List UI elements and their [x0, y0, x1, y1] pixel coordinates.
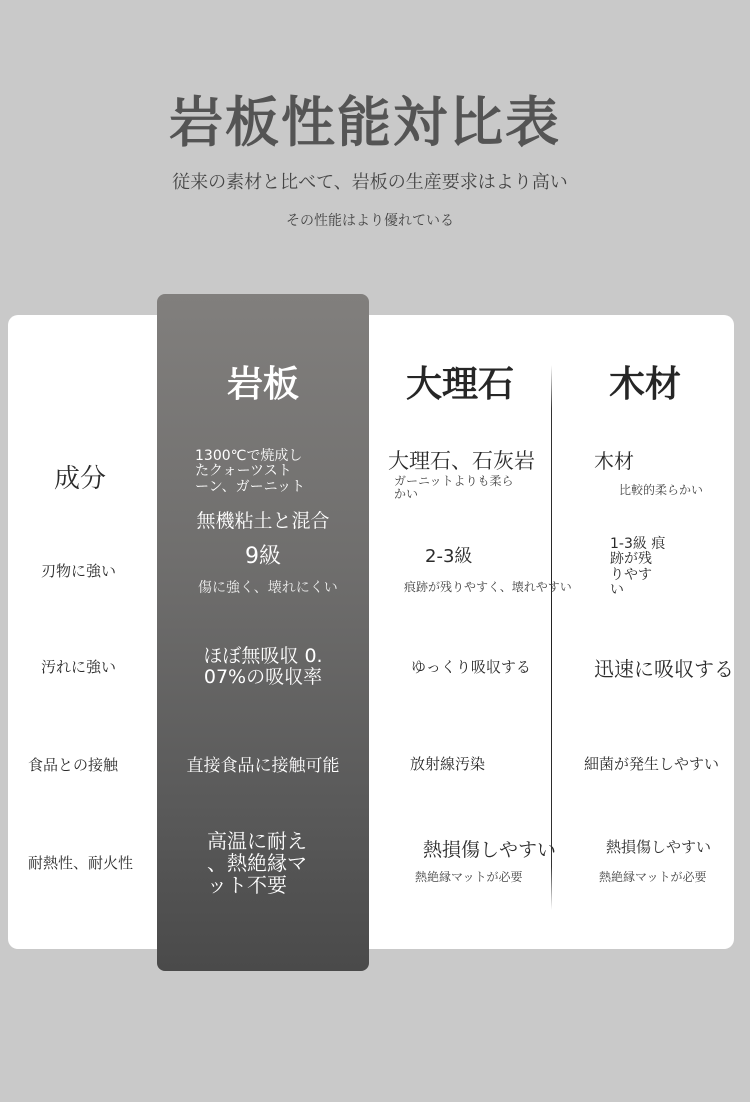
wood-heat-note: 熱絶縁マットが必要	[599, 868, 707, 885]
slate-stain-detail: ほぼ無吸収 0. 07%の吸収率	[157, 646, 369, 688]
row-label-cut-resistance: 刃物に強い	[41, 560, 116, 581]
marble-cut-main: 2-3級	[425, 542, 472, 568]
wood-composition-note: 比較的柔らかい	[619, 481, 703, 498]
text-line: 07%の吸収率	[157, 667, 369, 688]
text-line: たクォーツスト	[195, 464, 305, 479]
slate-composition-main: 無機粘土と混合	[157, 506, 369, 533]
slate-composition-detail: 1300℃で焼成し たクォーツスト ーン、ガーニット	[195, 449, 305, 495]
column-header-wood: 木材	[565, 356, 725, 407]
wood-heat-main: 熱損傷しやすい	[606, 836, 711, 857]
column-divider	[551, 365, 552, 910]
row-label-composition: 成分	[54, 458, 106, 495]
wood-composition-main: 木材	[594, 445, 634, 474]
page-title: 岩板性能対比表	[0, 80, 730, 157]
marble-composition-main: 大理石、石灰岩	[388, 445, 535, 475]
marble-food-main: 放射線汚染	[410, 753, 485, 774]
text-line: ット不要	[207, 874, 307, 896]
marble-stain-main: ゆっくり吸収する	[411, 656, 531, 677]
marble-cut-note: 痕跡が残りやすく、壊れやすい	[404, 578, 572, 595]
text-line: 高温に耐え	[207, 830, 307, 852]
row-label-stain-resistance: 汚れに強い	[41, 656, 116, 677]
row-label-food-contact: 食品との接触	[28, 754, 118, 775]
wood-food-main: 細菌が発生しやすい	[584, 753, 719, 774]
column-header-marble: 大理石	[380, 356, 540, 407]
text-line: い	[610, 583, 665, 598]
row-label-heat-resistance: 耐熱性、耐火性	[28, 852, 133, 873]
marble-heat-main: 熱損傷しやすい	[423, 835, 556, 862]
text-line: ほぼ無吸収 0.	[157, 646, 369, 667]
subtitle: 従来の素材と比べて、岩板の生産要求はより高い	[0, 168, 740, 194]
text-line: 1300℃で焼成し	[195, 449, 305, 464]
slate-cut-main: 9級	[157, 539, 369, 570]
slate-food-main: 直接食品に接触可能	[157, 751, 369, 776]
marble-composition-note: ガーニットよりも柔ら かい	[394, 475, 514, 501]
wood-cut-detail: 1-3級 痕 跡が残 りやす い	[610, 537, 665, 599]
text-line: りやす	[610, 568, 665, 583]
slate-cut-note: 傷に強く、壊れにくい	[198, 577, 338, 597]
slate-heat-detail: 高温に耐え 、熱絶縁マ ット不要	[207, 830, 307, 896]
tagline: その性能はより優れている	[0, 210, 740, 230]
marble-heat-note: 熱絶縁マットが必要	[415, 868, 523, 885]
text-line: 跡が残	[610, 552, 665, 567]
text-line: ーン、ガーニット	[195, 480, 305, 495]
wood-stain-main: 迅速に吸収する	[594, 653, 734, 682]
column-header-slate: 岩板	[157, 356, 369, 407]
text-line: かい	[394, 488, 514, 501]
text-line: 、熱絶縁マ	[207, 852, 307, 874]
